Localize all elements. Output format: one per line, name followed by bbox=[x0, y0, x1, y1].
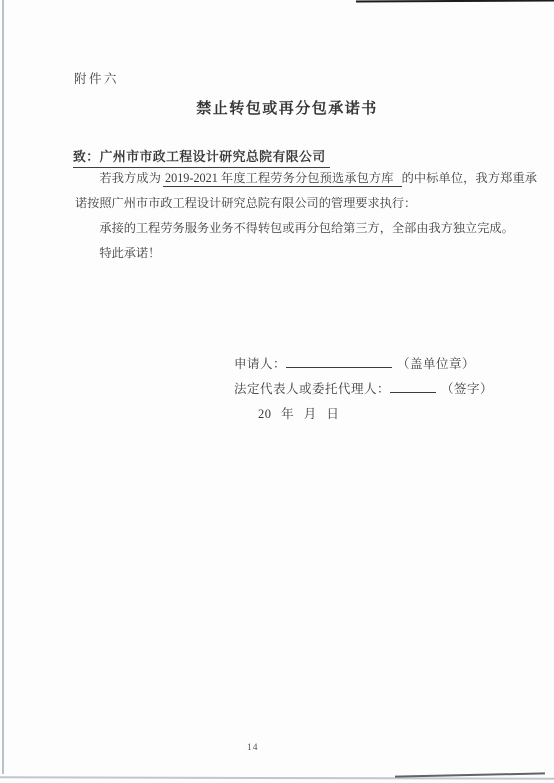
paragraph-1-prefix: 若我方成为 bbox=[99, 171, 161, 185]
applicant-row: 申请人：（盖单位章） bbox=[234, 352, 493, 377]
paragraph-commitment-intro: 若我方成为2019-2021 年度工程劳务分包预选承包方库的中标单位，我方郑重承… bbox=[75, 166, 537, 216]
addressee-line: 致：广州市市政工程设计研究总院有限公司 bbox=[73, 146, 330, 168]
applicant-seal-note: （盖单位章） bbox=[397, 357, 475, 371]
signature-block: 申请人：（盖单位章） 法定代表人或委托代理人：（签字） 20 年 月 日 bbox=[234, 352, 493, 427]
representative-blank-line bbox=[390, 381, 436, 393]
page-number: 14 bbox=[247, 743, 259, 753]
representative-label: 法定代表人或委托代理人： bbox=[234, 382, 390, 396]
scanned-document-page: 附件六 禁止转包或再分包承诺书 致：广州市市政工程设计研究总院有限公司 若我方成… bbox=[0, 0, 554, 783]
date-row: 20 年 月 日 bbox=[234, 402, 493, 427]
attachment-label: 附件六 bbox=[74, 69, 119, 87]
paragraph-no-subcontract: 承接的工程劳务服务业务不得转包或再分包给第三方，全部由我方独立完成。 bbox=[75, 216, 537, 241]
representative-row: 法定代表人或委托代理人：（签字） bbox=[234, 377, 493, 402]
document-title: 禁止转包或再分包承诺书 bbox=[10, 97, 554, 118]
applicant-label: 申请人： bbox=[234, 357, 286, 371]
scan-edge-top-line bbox=[356, 0, 554, 3]
representative-sign-note: （签字） bbox=[441, 382, 493, 396]
applicant-blank-line bbox=[286, 356, 392, 368]
scan-edge-left-line bbox=[2, 0, 4, 774]
paragraph-closing: 特此承诺！ bbox=[75, 241, 537, 266]
body-text: 若我方成为2019-2021 年度工程劳务分包预选承包方库的中标单位，我方郑重承… bbox=[75, 166, 537, 266]
scan-edge-bottom-line bbox=[0, 776, 554, 779]
project-name-underlined: 2019-2021 年度工程劳务分包预选承包方库 bbox=[163, 171, 402, 187]
